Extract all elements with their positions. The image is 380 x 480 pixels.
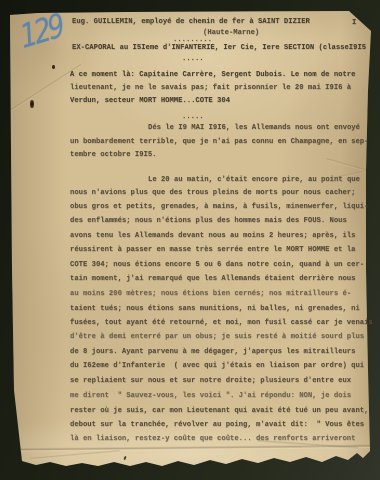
- typewritten-line: d'être à demi enterré par un obus; je su…: [70, 333, 364, 341]
- typewritten-line: du I62eme d'Infanterie ( avec qui j'étai…: [70, 362, 364, 370]
- paper-speck: [52, 65, 55, 69]
- typewritten-line: là en liaison, restez-y coûte que coûte.…: [70, 435, 355, 443]
- typewritten-line: nous n'avions plus que des trous pleins …: [70, 189, 355, 197]
- typewritten-line: Verdun, secteur MORT HOMME...COTE 304: [70, 97, 230, 105]
- typewritten-line: Le 20 au matin, c'était encore pire, au …: [148, 176, 360, 184]
- typewritten-line: obus gros et petits, grenades, à mains, …: [70, 203, 368, 211]
- typewritten-line: des enflammés; nous n'étions plus des ho…: [70, 217, 347, 225]
- paper-speck: [123, 456, 126, 460]
- typewritten-line: me dirent " Sauvez-vous, les voici ". J'…: [70, 392, 351, 400]
- photo-frame: 129 Eug. GUILLEMIN, employé de chemin de…: [0, 0, 380, 480]
- typewritten-line: de 8 jours. Ayant parvenu à me dégager, …: [70, 348, 355, 356]
- typewritten-line: réussirent à passer en masse très serrée…: [70, 246, 355, 254]
- dots-separator: .........: [173, 36, 212, 44]
- typewritten-line: au moins 200 mètres; nous étions bien ce…: [70, 290, 351, 298]
- typewritten-line: EX-CAPORAL au I5Ieme d'INFANTERIE, Ier C…: [72, 44, 366, 52]
- typewritten-line: tain moment, j'ai remarqué que les Allem…: [70, 275, 355, 283]
- dots-separator: .....: [182, 113, 204, 121]
- typewritten-line: lieutenant, je ne le savais pas; fait pr…: [70, 84, 351, 92]
- typewritten-line: se repliaient sur nous et sur notre droi…: [70, 377, 351, 385]
- typewritten-line: Dés le I9 MAI I9I6, les Allemands nous o…: [148, 124, 360, 132]
- typewritten-line: A ce moment là: Capitaine Carrère, Serge…: [70, 71, 355, 79]
- paper-hole: [30, 100, 34, 108]
- typewritten-line: avons tenu les Allemands devant nous au …: [70, 232, 355, 240]
- typewritten-line: rester où je suis, car mon Lieutenant qu…: [70, 407, 368, 415]
- typewritten-line: COTE 304; nous étions encore 5 ou 6 dans…: [70, 261, 364, 269]
- typewritten-line: taient tués; nous étions sans munitions,…: [70, 305, 360, 313]
- typewritten-line: Eug. GUILLEMIN, employé de chemin de fer…: [72, 18, 310, 26]
- typewritten-line: debout sur la tranchée, révolver au poin…: [70, 421, 364, 429]
- dots-separator: .....: [182, 55, 204, 63]
- page-number: I: [352, 19, 356, 27]
- typewritten-line: fusées, tout ayant été retourné, et moi,…: [70, 319, 373, 327]
- typewritten-line: un bombardement terrible, que je n'ai pa…: [70, 138, 368, 146]
- typewritten-line: tembre octobre I9I5.: [70, 151, 157, 159]
